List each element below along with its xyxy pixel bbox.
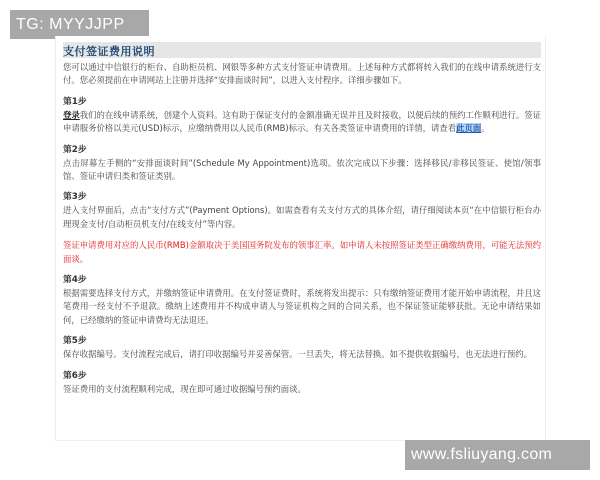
title-bar: 支付签证费用说明	[63, 42, 541, 58]
step-1-end: 。	[481, 123, 489, 133]
login-link[interactable]: 登录	[63, 110, 80, 120]
watermark-bottom-right: www.fsliuyang.com	[405, 440, 590, 470]
step-6-heading: 第6步	[63, 370, 541, 383]
intro-paragraph: 您可以通过中信银行的柜台、自助柜员机、网银等多种方式支付签证申请费用。上述每种方…	[63, 61, 541, 88]
step-2-text: 点击屏幕左手侧的“安排面谈时间”(Schedule My Appointment…	[63, 157, 541, 184]
watermark-top-left: TG: MYYJJPP	[10, 10, 149, 39]
step-3-heading: 第3步	[63, 191, 541, 204]
step-1-heading: 第1步	[63, 96, 541, 109]
step-3-text: 进入支付界面后，点击“支付方式”(Payment Options)。如需查看有关…	[63, 204, 541, 231]
step-6-text: 签证费用的支付流程顺利完成，现在即可通过收据编号预约面谈。	[63, 383, 541, 396]
step-5-text: 保存收据编号。支付流程完成后，请打印收据编号并妥善保管。一旦丢失，将无法替换。如…	[63, 348, 541, 361]
step-4-text: 根据需要选择支付方式，并缴纳签证申请费用。在支付签证费时，系统将发出提示：只有缴…	[63, 287, 541, 327]
document-content: 支付签证费用说明 您可以通过中信银行的柜台、自助柜员机、网银等多种方式支付签证申…	[63, 42, 541, 396]
page-title: 支付签证费用说明	[63, 45, 155, 58]
exchange-rate-warning: 签证申请费用对应的人民币(RMB)金额取决于美国国务院发布的领事汇率。如申请人未…	[63, 239, 541, 266]
fees-page-link[interactable]: 此页面	[456, 123, 481, 133]
step-5-heading: 第5步	[63, 335, 541, 348]
step-2-heading: 第2步	[63, 144, 541, 157]
step-1-text: 登录我们的在线申请系统，创建个人资料。这有助于保证支付的金额准确无误并且及时接收…	[63, 109, 541, 136]
step-4-heading: 第4步	[63, 274, 541, 287]
document-frame: 支付签证费用说明 您可以通过中信银行的柜台、自助柜员机、网银等多种方式支付签证申…	[55, 36, 546, 441]
